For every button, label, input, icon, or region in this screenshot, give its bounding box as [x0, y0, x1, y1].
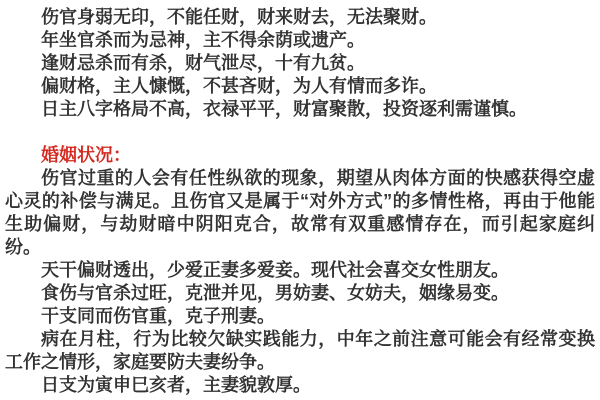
wealth-line: 伤官身弱无印，不能任财，财来财去，无法聚财。: [5, 6, 595, 29]
marriage-paragraph: 日支为寅申巳亥者，主妻貌敦厚。: [5, 374, 595, 397]
marriage-paragraph: 病在月柱，行为比较欠缺实践能力，中年之前注意可能会有经常变换工作之情形，家庭要防…: [5, 328, 595, 374]
wealth-line: 逢财忌杀而有杀，财气泄尽，十有九贫。: [5, 52, 595, 75]
marriage-section-heading: 婚姻状况：: [5, 144, 595, 167]
wealth-line: 日主八字格局不高，衣禄平平，财富聚散，投资逐利需谨慎。: [5, 98, 595, 121]
marriage-section: 婚姻状况： 伤官过重的人会有任性纵欲的现象，期望从肉体方面的快感获得空虚心灵的补…: [5, 144, 595, 397]
marriage-paragraph: 食伤与官杀过旺，克泄并见，男妨妻、女妨夫，姻缘易变。: [5, 282, 595, 305]
fortune-analysis-document: 伤官身弱无印，不能任财，财来财去，无法聚财。 年坐官杀而为忌神，主不得余荫或遗产…: [0, 0, 600, 400]
wealth-section: 伤官身弱无印，不能任财，财来财去，无法聚财。 年坐官杀而为忌神，主不得余荫或遗产…: [5, 6, 595, 121]
wealth-line: 年坐官杀而为忌神，主不得余荫或遗产。: [5, 29, 595, 52]
marriage-paragraph: 天干偏财透出，少爱正妻多爱妾。现代社会喜交女性朋友。: [5, 259, 595, 282]
marriage-paragraph: 干支同而伤官重，克子刑妻。: [5, 305, 595, 328]
marriage-paragraph: 伤官过重的人会有任性纵欲的现象，期望从肉体方面的快感获得空虚心灵的补偿与满足。且…: [5, 167, 595, 259]
wealth-line: 偏财格，主人慷慨，不甚吝财，为人有情而多诈。: [5, 75, 595, 98]
